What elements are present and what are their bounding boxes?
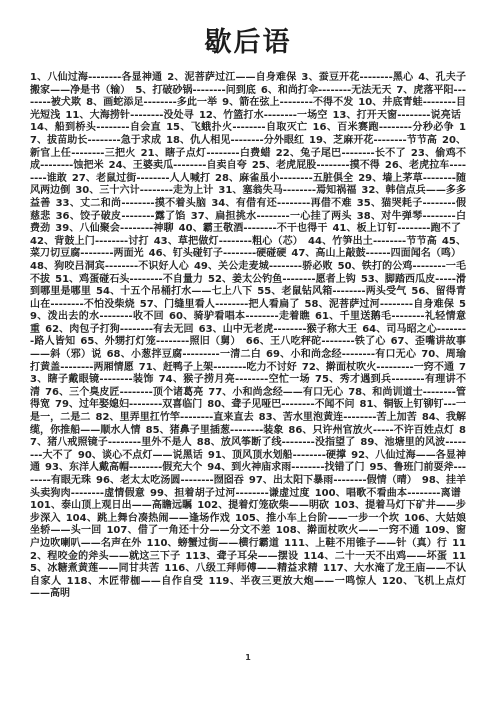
page-title: 歇后语 <box>30 28 466 58</box>
page-number: 1 <box>0 653 496 662</box>
document-page: 歇后语 1、八仙过海--------各显神通 2、泥菩萨过江——自身难保 3、蚕… <box>0 0 496 702</box>
xiehouyu-body-text: 1、八仙过海--------各显神通 2、泥菩萨过江——自身难保 3、蚕豆开花-… <box>30 72 466 601</box>
